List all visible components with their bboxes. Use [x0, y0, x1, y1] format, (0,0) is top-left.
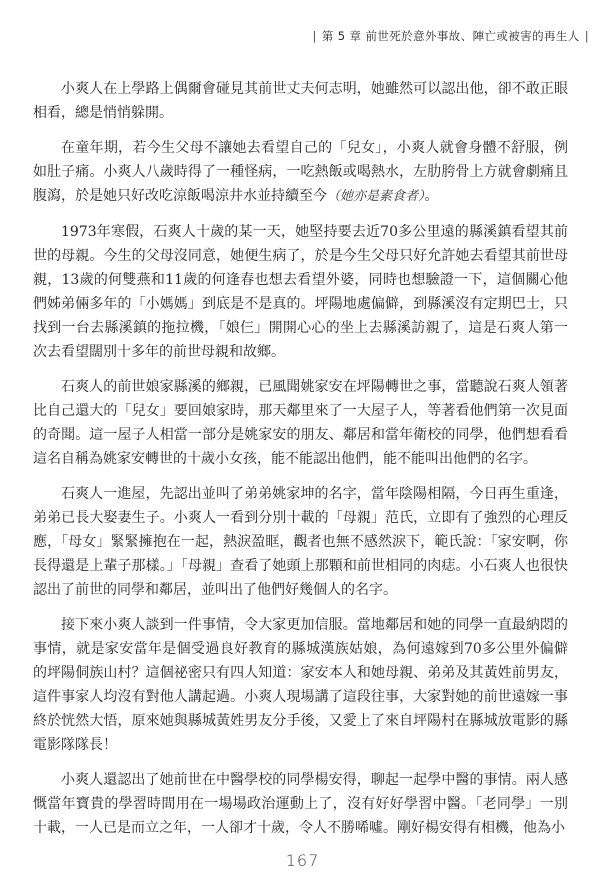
header-divider-left: |: [308, 29, 322, 43]
paragraph-2: 在童年期，若今生父母不讓她去看望自己的「兒女」，小爽人就會身體不舒服，例如肚子痛…: [33, 136, 568, 209]
paragraph-7: 小爽人還認出了她前世在中醫學校的同學楊安得，聊起一起學中醫的事情。兩人感慨當年寶…: [33, 768, 568, 840]
annotation-text: （她亦是素食者）: [327, 189, 425, 204]
body-text-segment: 接下來小爽人談到一件事情，令大家更加信服。當地鄰居和她的同學一直最納悶的事情，就…: [33, 617, 568, 753]
body-text-segment: 。: [425, 188, 439, 204]
body-text-segment: 石爽人一進屋，先認出並叫了弟弟姚家坤的名字，當年陰陽相隔，今日再生重逢，弟弟已長…: [33, 486, 568, 598]
body-text-segment: 1973年寒假，石爽人十歲的某一天，她堅持要去近70多公里遠的縣溪鎮看望其前世的…: [33, 224, 568, 360]
paragraph-1: 小爽人在上學路上偶爾會碰見其前世丈夫何志明，她雖然可以認出他，卻不敢正眼相看，總…: [33, 77, 568, 125]
paragraph-6: 接下來小爽人談到一件事情，令大家更加信服。當地鄰居和她的同學一直最納悶的事情，就…: [33, 613, 568, 757]
body-text-segment: 小爽人在上學路上偶爾會碰見其前世丈夫何志明，她雖然可以認出他，卻不敢正眼相看，總…: [33, 81, 568, 121]
body-text: 小爽人在上學路上偶爾會碰見其前世丈夫何志明，她雖然可以認出他，卻不敢正眼相看，總…: [33, 77, 568, 840]
body-text-segment: 小爽人還認出了她前世在中醫學校的同學楊安得，聊起一起學中醫的事情。兩人感慨當年寶…: [33, 772, 568, 836]
paragraph-4: 石爽人的前世娘家縣溪的鄉親，已風聞姚家安在坪陽轉世之事，當聽說石爽人領著比自己還…: [33, 375, 568, 471]
chapter-title: 第 5 章 前世死於意外事故、陣亡或被害的再生人: [322, 29, 580, 43]
book-page: |第 5 章 前世死於意外事故、陣亡或被害的再生人| 小爽人在上學路上偶爾會碰見…: [0, 0, 605, 896]
header-divider-right: |: [580, 29, 594, 43]
body-text-segment: 在童年期，若今生父母不讓她去看望自己的「兒女」，小爽人就會身體不舒服，例如肚子痛…: [33, 140, 568, 204]
paragraph-3: 1973年寒假，石爽人十歲的某一天，她堅持要去近70多公里遠的縣溪鎮看望其前世的…: [33, 220, 568, 364]
body-text-segment: 石爽人的前世娘家縣溪的鄉親，已風聞姚家安在坪陽轉世之事，當聽說石爽人領著比自己還…: [33, 379, 568, 467]
page-number: 167: [0, 851, 605, 870]
paragraph-5: 石爽人一進屋，先認出並叫了弟弟姚家坤的名字，當年陰陽相隔，今日再生重逢，弟弟已長…: [33, 482, 568, 602]
running-header: |第 5 章 前世死於意外事故、陣亡或被害的再生人|: [308, 28, 594, 44]
